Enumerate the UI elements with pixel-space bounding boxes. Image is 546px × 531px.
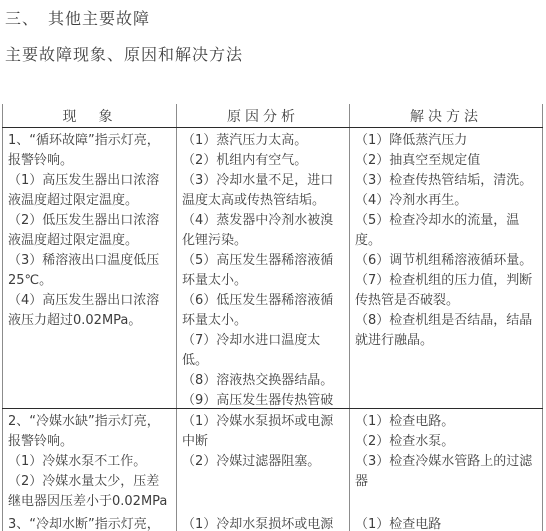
cause-cell: （1）冷媒水泵损坏或电源中断 （2）冷媒过滤器阻塞。: [177, 409, 349, 512]
table-row: 1、“循环故障”指示灯亮，报警铃响。 （1）高压发生器出口浓溶液温度超过限定温度…: [3, 128, 543, 409]
column-header-solution: 解决方法: [350, 104, 543, 128]
column-header-cause: 原因分析: [177, 104, 350, 128]
section-title: 三、 其他主要故障: [5, 6, 150, 29]
phenomenon-cell: 2、“冷媒水缺”指示灯亮，报警铃响。 （1）冷媒水泵不工作。 （2）冷媒水量太少…: [3, 409, 176, 512]
solution-cell: （1）降低蒸汽压力 （2）抽真空至规定值 （3）检查传热管结垢，清洗。 （4）冷…: [350, 128, 542, 408]
fault-table: 现 象 原因分析 解决方法 1、“循环故障”指示灯亮，报警铃响。 （1）高压发生…: [2, 104, 543, 531]
phenomenon-cell: 3、“冷却水断”指示灯亮，报警: [3, 512, 176, 531]
column-header-phenomenon: 现 象: [3, 104, 177, 128]
table-row: 3、“冷却水断”指示灯亮，报警 （1）冷却水泵损坏或电源中断。 （1）检查电路: [3, 512, 543, 531]
solution-cell: （1）检查电路。 （2）检查水泵。 （3）检查冷媒水管路上的过滤器: [350, 409, 542, 512]
cause-cell: （1）冷却水泵损坏或电源中断。: [177, 512, 349, 531]
solution-cell: （1）检查电路: [350, 512, 542, 531]
cause-cell: （1）蒸汽压力太高。 （2）机组内有空气。 （3）冷却水量不足，进口温度太高或传…: [177, 128, 349, 408]
table-header-row: 现 象 原因分析 解决方法: [3, 104, 543, 128]
section-subtitle: 主要故障现象、原因和解决方法: [5, 42, 243, 65]
document-page: 三、 其他主要故障 主要故障现象、原因和解决方法 现 象 原因分析 解决方法 1…: [0, 0, 546, 531]
table-row: 2、“冷媒水缺”指示灯亮，报警铃响。 （1）冷媒水泵不工作。 （2）冷媒水量太少…: [3, 409, 543, 513]
phenomenon-cell: 1、“循环故障”指示灯亮，报警铃响。 （1）高压发生器出口浓溶液温度超过限定温度…: [3, 128, 176, 408]
